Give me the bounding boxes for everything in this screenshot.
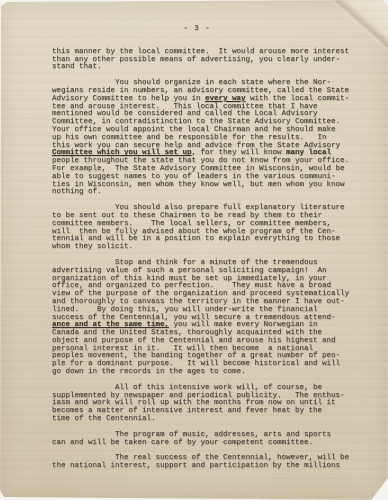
text-segment: Advisory Committee to help you in [52, 95, 205, 103]
paragraph: Stop and think for a minute of the treme… [52, 260, 352, 377]
text-line: can and will be taken care of by your co… [52, 440, 352, 448]
text-line: nothing of. [52, 189, 352, 197]
text-line: go down in the records in the ages to co… [52, 369, 352, 377]
paragraph: The real success of the Centennial, howe… [52, 455, 352, 471]
page-number: - 3 - [52, 26, 342, 34]
paragraph: The program of music, addresses, arts an… [52, 432, 352, 448]
page-content: - 3 - this manner by the local committee… [52, 26, 352, 479]
text-line: stand that. [52, 64, 352, 72]
document-body: this manner by the local committee. It w… [52, 49, 352, 471]
paragraph: this manner by the local committee. It w… [52, 49, 352, 72]
text-line: whom they solicit. [52, 244, 352, 252]
text-line: the national interest, support and parti… [52, 463, 352, 471]
paragraph: All of this intensive work will, of cour… [52, 385, 352, 424]
text-segment: with the local commit- [246, 95, 350, 103]
paragraph: You should organize in each state where … [52, 80, 352, 197]
text-line: time of the Centennial. [52, 416, 352, 424]
paragraph: You should also prepare full explanatory… [52, 205, 352, 252]
scanned-page: - 3 - this manner by the local committee… [0, 0, 388, 500]
emphasized-text: every way [205, 95, 246, 103]
